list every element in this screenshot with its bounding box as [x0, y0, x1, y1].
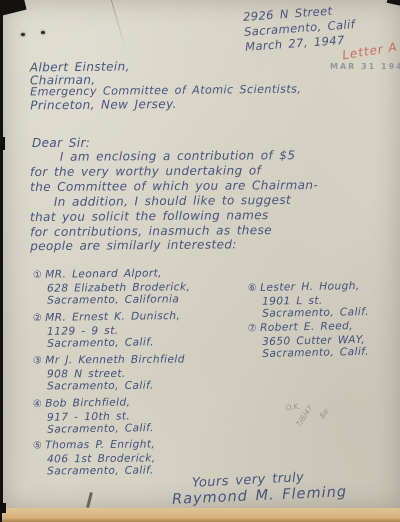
body-line: the Committee of which you are Chairman- — [30, 178, 318, 195]
contact-street: 406 1st Broderick, — [33, 452, 156, 466]
staple-hole — [41, 31, 45, 34]
contact-city: Sacramento, Calif. — [33, 422, 154, 436]
contact-number: ③ — [33, 355, 42, 366]
scan-edge-artifact — [0, 503, 6, 513]
contact-number: ① — [33, 270, 42, 281]
contact-entry-7: ⑦Robert E. Reed, 3650 Cutter WAY, Sacram… — [248, 320, 369, 361]
contact-name: Mr J. Kenneth Birchfield — [45, 353, 185, 366]
contact-city: Sacramento, Calif. — [33, 465, 156, 479]
staple-hole — [21, 33, 25, 36]
body-paragraph-2: In addition, I should like to suggest th… — [30, 193, 292, 254]
contact-entry-1: ①MR. Leonard Alport, 628 Elizabeth Brode… — [33, 267, 191, 307]
contact-number: ② — [33, 313, 43, 324]
body-line: people are similarly interested: — [30, 237, 291, 254]
contact-name: Lester H. Hough, — [260, 280, 360, 294]
contact-number: ⑦ — [248, 323, 258, 334]
contact-number: ⑤ — [33, 440, 42, 451]
body-line: that you solicit the following names — [30, 208, 291, 225]
contact-name: Thomas P. Enright, — [45, 438, 155, 451]
recipient-address-block: Albert Einstein, Chairman, Emergency Com… — [30, 59, 302, 112]
contact-city: Sacramento, Calif. — [33, 380, 185, 394]
contact-city: Sacramento, California — [33, 293, 190, 307]
contact-entry-6: ⑥Lester H. Hough, 1901 L st. Sacramento,… — [248, 280, 369, 321]
scan-edge-artifact — [0, 137, 5, 150]
sender-address-block: 2926 N Street Sacramento, Calif March 27… — [243, 2, 357, 55]
scanned-letter: 2926 N Street Sacramento, Calif March 27… — [0, 0, 400, 522]
salutation: Dear Sir: — [32, 136, 90, 150]
contact-entry-4: ④Bob Birchfield, 917 - 10th st. Sacramen… — [33, 396, 154, 437]
contact-street: 908 N street. — [33, 367, 185, 381]
contact-city: Sacramento, Calif. — [33, 336, 181, 351]
contact-entry-2: ②MR. Ernest K. Dunisch, 1129 - 9 st. Sac… — [33, 310, 181, 351]
contact-name: MR. Leonard Alport, — [45, 267, 162, 280]
body-paragraph-1: I am enclosing a contribution of $5 for … — [30, 148, 318, 194]
contact-name: Robert E. Reed, — [260, 320, 353, 334]
backing-page-edge — [2, 508, 400, 522]
contact-entry-3: ③Mr J. Kenneth Birchfield 908 N street. … — [33, 353, 185, 393]
contact-name: MR. Ernest K. Dunisch, — [45, 310, 180, 324]
body-line: I am enclosing a contribution of $5 — [30, 148, 318, 165]
contact-city: Sacramento, Calif. — [248, 346, 369, 361]
contact-name: Bob Birchfield, — [45, 396, 130, 409]
received-date-stamp: MAR 31 1947 — [330, 62, 400, 71]
contact-entry-5: ⑤Thomas P. Enright, 406 1st Broderick, S… — [33, 438, 156, 478]
contact-number: ④ — [33, 399, 43, 410]
contact-number: ⑥ — [248, 283, 258, 294]
contact-city: Sacramento, Calif. — [248, 306, 369, 321]
body-line: for contributions, inasmuch as these — [30, 222, 291, 239]
